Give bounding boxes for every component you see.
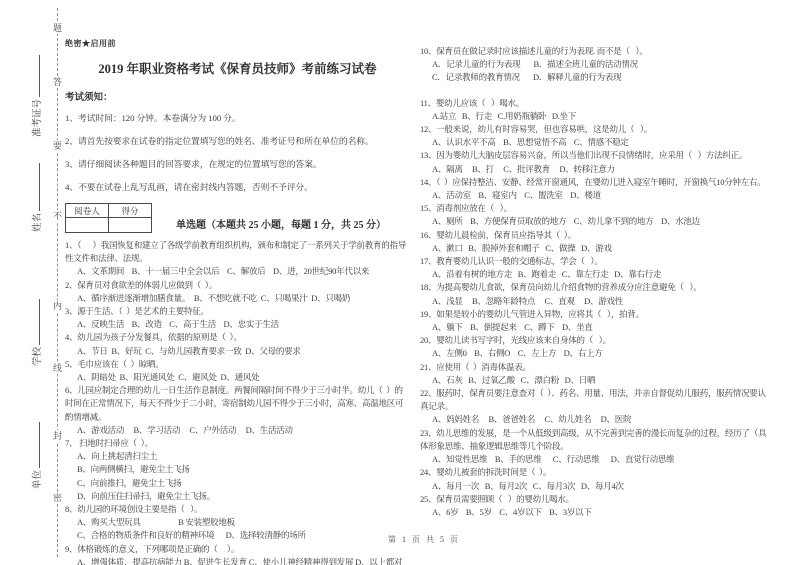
question-option-line: A、石灰 B、过氧乙酸 C、漂白粉 D、日晒 — [420, 374, 768, 387]
question-option-line: A、知觉性思维 B、手的思维 C、行动思维 D、直觉行动思维 — [420, 453, 768, 466]
question: 22、服药时，保育员要注意查对（ ）、药名、用量、用法，并亲自督促幼儿服药，服药… — [420, 387, 768, 427]
question-option-line: A、文革期间 B、十一届三中全会以后 C、解放后 D、进，20世纪90年代以来 — [65, 265, 410, 278]
question: 6、儿园应制定合理的幼儿一日生活作息制度。两餐间隔时间不得少于三小时半。幼儿（ … — [65, 384, 410, 437]
page-number-footer: 第 1 页 共 5 页 — [388, 534, 460, 545]
side-field-blank-line — [30, 55, 40, 97]
left-column: 绝密★启用前 2019 年职业资格考试《保育员技师》考前练习试卷 考试须知： 1… — [65, 38, 410, 565]
question: 4、幼儿园为孩子分发餐具，依据的原则是（ ）。A、节日 B、好玩 C、与幼儿园教… — [65, 331, 410, 357]
question-option-line: A、活动室 B、寝室内 C、盥洗室 D、楼道 — [420, 189, 768, 202]
question-stem: 21、应使用（ ）消毒体温表。 — [420, 361, 768, 374]
side-field-label: 姓名 — [33, 213, 43, 232]
question-option-line: B、向两侧横扫，避免尘土飞扬 — [65, 463, 410, 476]
right-column: 10、保育员在做记录时应该描述儿童的行为表现. 而不是（ ）。A．记录儿童的行为… — [420, 45, 768, 519]
question-stem: 13、因为婴幼儿大脑皮层容易兴奋，所以当他们出现不良情绪时，应采用（ ）方法纠正… — [420, 149, 768, 162]
seal-line-char: 要 — [51, 140, 64, 152]
question-option-line: A、每月一次 B、每月2次 C、每月3次 D、每月4次 — [420, 480, 768, 493]
notice-item: 3、请仔细阅读各种题目的回答要求，在规定的位置填写您的答案。 — [65, 157, 410, 170]
secrecy-label: 绝密★启用前 — [65, 38, 410, 49]
question-stem: 18、为提高婴幼儿食欲，保育员向幼儿介绍食物的营养成分应注意避免（ ）。 — [420, 281, 768, 294]
question-list-right: 10、保育员在做记录时应该描述儿童的行为表现. 而不是（ ）。A．记录儿童的行为… — [420, 45, 768, 519]
seal-line-char: 答 — [51, 76, 64, 88]
question-option-line: C、合格的物质条件和良好的精神环境 D、选择较清静的场所 — [65, 529, 410, 542]
question-option-line: A、节日 B、好玩 C、与幼儿园教育要求一致 D、父母的要求 — [65, 345, 410, 358]
question-option-line: A.站立 B、行走 C.用奶瓶躺卧 D.坐下 — [420, 110, 768, 123]
question: 21、应使用（ ）消毒体温表。A、石灰 B、过氧乙酸 C、漂白粉 D、日晒 — [420, 361, 768, 387]
question-option-line: C．记录教师的教育情况 D．解释儿童的行为表现 — [420, 71, 768, 84]
side-field-blank-line — [30, 299, 40, 345]
side-field-4: 单位 — [30, 422, 43, 489]
question: 7、 扫地时扫帚应（ ）。A、向上挑起清扫尘土B、向两侧横扫，避免尘土飞扬C、向… — [65, 437, 410, 503]
notice-list: 1、考试时间：120 分钟。本卷满分为 100 分。2、请首先按要求在试卷的指定… — [65, 111, 410, 193]
question-option-line: A、沿着有树的地方走 B、跑着走 C、靠左行走 D、靠右行走 — [420, 268, 768, 281]
question-option-line: A、6岁 B、5岁 C、4岁以下 B、3岁以下 — [420, 506, 768, 519]
question: 9、体格锻炼的意义，下列哪项是正确的（ ）。A、增强体质，提高抗病能力 B、促进… — [65, 543, 410, 565]
question-stem: 24、婴幼儿被套的拆洗时间是（ ）。 — [420, 466, 768, 479]
question-stem: 3、源于生活、（ ）是艺术的主要特征。 — [65, 305, 410, 318]
question-stem: 16、婴幼儿晨检前，保育员应指导其（ ）。 — [420, 229, 768, 242]
side-field-label: 准考证号 — [33, 99, 43, 137]
question: 1、（ ）我国恢复和建立了各级学前教育组织机构，颁布和制定了一系列关于学前教育的… — [65, 239, 410, 279]
question: 14、（ ）应保持整洁、安静、经常开窗通风，在婴幼儿进入寝室午睡时，开窗换气10… — [420, 176, 768, 202]
question-list-left: 1、（ ）我国恢复和建立了各级学前教育组织机构，颁布和制定了一系列关于学前教育的… — [65, 239, 410, 565]
question-option-line: A、游戏活动 B、学习活动 C、户外活动 D、生活活动 — [65, 424, 410, 437]
notice-title: 考试须知： — [65, 89, 410, 103]
question-stem: 7、 扫地时扫帚应（ ）。 — [65, 437, 410, 450]
question: 11、婴幼儿应该（ ）喝水。A.站立 B、行走 C.用奶瓶躺卧 D.坐下 — [420, 97, 768, 123]
seal-line-char: 不 — [51, 210, 64, 222]
question-option-line: A、妈妈姓名 B、爸爸姓名 C、幼儿姓名 D、医院 — [420, 413, 768, 426]
question-stem: 9、体格锻炼的意义，下列哪项是正确的（ ）。 — [65, 543, 410, 556]
question-stem: 23、幼儿思维的发展，是一个从低级到高级，从不完善到完善的漫长而复杂的过程，经历… — [420, 427, 768, 453]
question-stem: 17、教育婴幼儿认识一般的交通标志，学会（ ）。 — [420, 255, 768, 268]
seal-line-char: 线 — [51, 362, 64, 374]
question-option-line: C、向前推扫，避免尘土飞扬 — [65, 477, 410, 490]
question: 16、婴幼儿晨检前，保育员应指导其（ ）。A、漱口 B、脱掉外套和帽子 C、做操… — [420, 229, 768, 255]
question-stem: 1、（ ）我国恢复和建立了各级学前教育组织机构，颁布和制定了一系列关于学前教育的… — [65, 239, 410, 265]
question-stem: 8、幼儿园的环境创设主要是指（ ）。 — [65, 503, 410, 516]
question-option-line: A、阴暗处 B、阳光通风处 C、避风处 D、通风处 — [65, 371, 410, 384]
question-stem: 14、（ ）应保持整洁、安静、经常开窗通风，在婴幼儿进入寝室午睡时，开窗换气10… — [420, 176, 768, 189]
question: 19、如果是较小的婴幼儿气管进入异物，应将其（ ），拍背。A、躺下 B、倒提起来… — [420, 308, 768, 334]
question: 10、保育员在做记录时应该描述儿童的行为表现. 而不是（ ）。A．记录儿童的行为… — [420, 45, 768, 85]
question-option-line: A、厕所 B、方便保育员取放的地方 C、幼儿拿不到的地方 D、水池边 — [420, 215, 768, 228]
question-stem: 25、保育员需要照顾（ ）的婴幼儿喝水。 — [420, 493, 768, 506]
question-option-line: A、漱口 B、脱掉外套和帽子 C、做操 D、游戏 — [420, 242, 768, 255]
question-option-line: D、向前压住扫帚扫，避免尘土飞扬。 — [65, 490, 410, 503]
side-field-label: 单位 — [33, 470, 43, 489]
question: 12、一般来说，幼儿有时容易哭，但也容易哄，这是幼儿（ ）。A、认识水平不高 B… — [420, 123, 768, 149]
question-option-line: A、循序渐进逐渐增加膳食量。 B、不想吃就不吃 C、只喝果汁 D、只喝奶 — [65, 292, 410, 305]
question: 17、教育婴幼儿认识一般的交通标志，学会（ ）。A、沿着有树的地方走 B、跑着走… — [420, 255, 768, 281]
side-field-label: 学校 — [33, 347, 43, 366]
side-field-3: 学校 — [30, 299, 43, 366]
question-option-line: A、认识水平不高 B、思想觉悟不高 C、情感不稳定 — [420, 136, 768, 149]
side-field-2: 姓名 — [30, 163, 43, 232]
question-stem: 15、消毒剂应放在（ ）。 — [420, 202, 768, 215]
notice-item: 1、考试时间：120 分钟。本卷满分为 100 分。 — [65, 111, 410, 124]
question-option-line: A、躺下 B、倒提起来 C、蹲下 D、坐直 — [420, 321, 768, 334]
question-stem: 6、儿园应制定合理的幼儿一日生活作息制度。两餐间隔时间不得少于三小时半。幼儿（ … — [65, 384, 410, 424]
question-stem: 4、幼儿园为孩子分发餐具，依据的原则是（ ）。 — [65, 331, 410, 344]
question: 15、消毒剂应放在（ ）。A、厕所 B、方便保育员取放的地方 C、幼儿拿不到的地… — [420, 202, 768, 228]
seal-line-char: 内 — [51, 300, 64, 312]
question-option-line: A、增强体质，提高抗病能力 B、促进生长发育 C、使小儿神经精神得到发展 D、以… — [65, 556, 410, 565]
question-stem: 19、如果是较小的婴幼儿气管进入异物，应将其（ ），拍背。 — [420, 308, 768, 321]
seal-line-char: 题 — [51, 22, 64, 34]
question: 5、毛巾应该在（ ）晾晒。A、阴暗处 B、阳光通风处 C、避风处 D、通风处 — [65, 358, 410, 384]
section-title: 单选题（本题共 25 小题，每题 1 分，共 25 分） — [152, 203, 410, 231]
question-option-line: A、向上挑起清扫尘土 — [65, 450, 410, 463]
question-stem: 10、保育员在做记录时应该描述儿童的行为表现. 而不是（ ）。 — [420, 45, 768, 58]
question-stem: 22、服药时，保育员要注意查对（ ）、药名、用量、用法，并亲自督促幼儿服药，服药… — [420, 387, 768, 413]
side-field-blank-line — [30, 422, 40, 468]
score-header-cell: 得分 — [109, 204, 152, 218]
question: 24、婴幼儿被套的拆洗时间是（ ）。A、每月一次 B、每月2次 C、每月3次 D… — [420, 466, 768, 492]
page-title: 2019 年职业资格考试《保育员技师》考前练习试卷 — [65, 59, 410, 77]
score-empty-cell — [109, 218, 152, 233]
question-option-line: A、左侧0 B、右侧O C、左上方 D、右上方 — [420, 347, 768, 360]
side-field-blank-line — [30, 163, 40, 211]
notice-item: 4、不要在试卷上乱写乱画，请在密封线内答题，否则不予评分。 — [65, 180, 410, 193]
question-option-line: A．记录儿童的行为表现 B．描述全班儿童的活动情况 — [420, 58, 768, 71]
question: 13、因为婴幼儿大脑皮层容易兴奋，所以当他们出现不良情绪时，应采用（ ）方法纠正… — [420, 149, 768, 175]
side-field-1: 准考证号 — [30, 55, 43, 137]
grader-header-cell: 阅卷人 — [66, 204, 109, 218]
question-stem: 5、毛巾应该在（ ）晾晒。 — [65, 358, 410, 371]
question-option-line: A、浅显 B、忽略年龄特点 C、直观 D、游戏性 — [420, 295, 768, 308]
question-stem: 20、婴幼儿读书写字时，光线应该来自身体的（ ）。 — [420, 334, 768, 347]
question-stem: 12、一般来说，幼儿有时容易哭，但也容易哄，这是幼儿（ ）。 — [420, 123, 768, 136]
exam-paper-page: 题答要不内线封密 准考证号姓名学校单位 绝密★启用前 2019 年职业资格考试《… — [0, 0, 800, 565]
question-option-line: A、反映生活 B、改造 C、高于生活 D、忠实于生活 — [65, 318, 410, 331]
question: 18、为提高婴幼儿食欲，保育员向幼儿介绍食物的营养成分应注意避免（ ）。A、浅显… — [420, 281, 768, 307]
seal-line-char: 封 — [51, 430, 64, 442]
grader-section-row: 阅卷人 得分 单选题（本题共 25 小题，每题 1 分，共 25 分） — [65, 203, 410, 233]
question: 25、保育员需要照顾（ ）的婴幼儿喝水。A、6岁 B、5岁 C、4岁以下 B、3… — [420, 493, 768, 519]
question-option-line: A、购买大型玩具 B 安装塑胶地板 — [65, 516, 410, 529]
question: 2、保育员对食欲差的体弱儿应做到（ ）。A、循序渐进逐渐增加膳食量。 B、不想吃… — [65, 279, 410, 305]
seal-dashed-line — [57, 8, 58, 557]
seal-line-char: 密 — [51, 492, 64, 504]
grader-score-table: 阅卷人 得分 — [65, 203, 152, 233]
question: 23、幼儿思维的发展，是一个从低级到高级，从不完善到完善的漫长而复杂的过程，经历… — [420, 427, 768, 467]
question-option-line: A、隔离 B、打 C、批评教育 D、转移注意力 — [420, 163, 768, 176]
question: 20、婴幼儿读书写字时，光线应该来自身体的（ ）。A、左侧0 B、右侧O C、左… — [420, 334, 768, 360]
question: 3、源于生活、（ ）是艺术的主要特征。A、反映生活 B、改造 C、高于生活 D、… — [65, 305, 410, 331]
notice-item: 2、请首先按要求在试卷的指定位置填写您的姓名、准考证号和所在单位的名称。 — [65, 134, 410, 147]
question-stem: 2、保育员对食欲差的体弱儿应做到（ ）。 — [65, 279, 410, 292]
question: 8、幼儿园的环境创设主要是指（ ）。A、购买大型玩具 B 安装塑胶地板C、合格的… — [65, 503, 410, 543]
grader-empty-cell — [66, 218, 109, 233]
question-stem: 11、婴幼儿应该（ ）喝水。 — [420, 97, 768, 110]
